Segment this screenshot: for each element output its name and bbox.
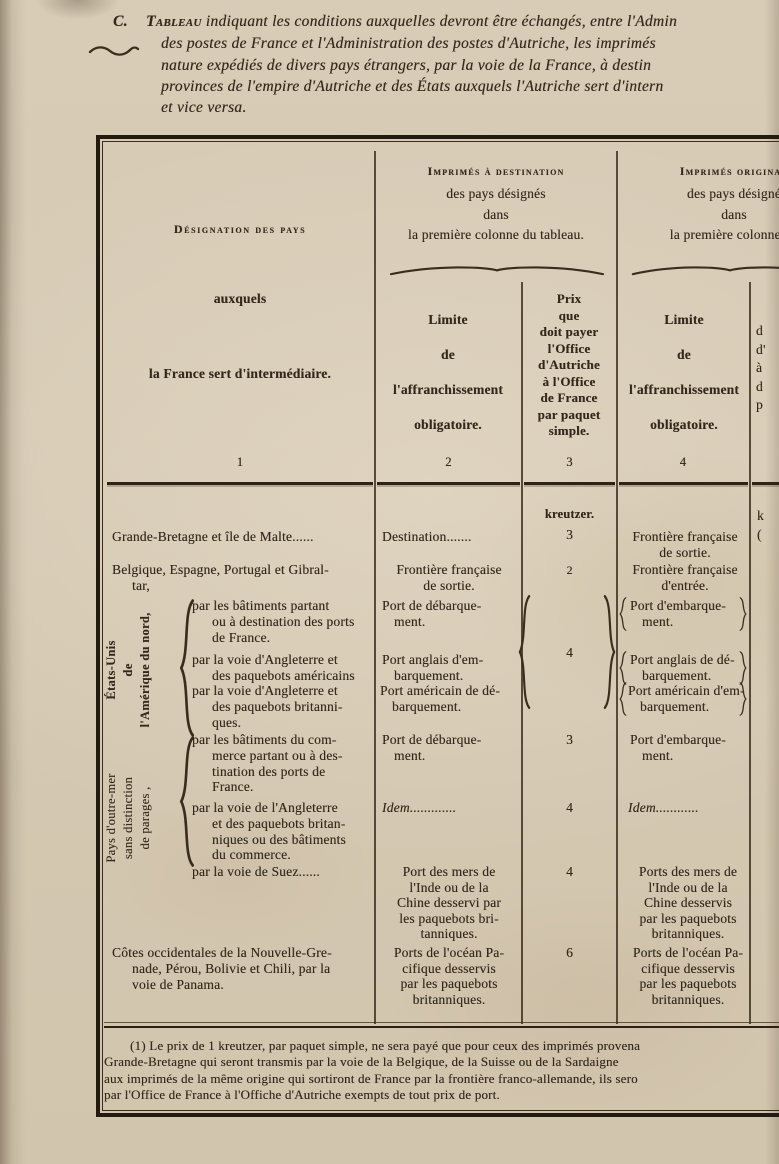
col-number-3: 3	[523, 455, 616, 471]
header-rule-col3	[524, 482, 615, 485]
row-gb-col5-fragments: k (	[757, 506, 764, 544]
group-destination-brace-icon	[388, 263, 606, 276]
title-line-3: nature expédiés de divers pays étrangers…	[161, 57, 651, 75]
group-us-price: 4	[522, 645, 617, 661]
row-om-a-col2: Port de débarque- ment.	[382, 732, 526, 764]
group-originaires-brace-icon	[630, 263, 779, 276]
row-cotes-col1: Côtes occidentales de la Nouvelle-Gre- n…	[112, 945, 398, 992]
col3-subheader: Prix que doit payer l'Office d'Autriche …	[523, 291, 615, 440]
row-us-c-brace-right-icon	[739, 682, 747, 716]
scanned-document-page: C. Tableau indiquant les conditions auxq…	[0, 0, 779, 1164]
row-suez-col4: Ports des mers de l'Inde ou de la Chine …	[626, 864, 750, 942]
title-line-2: des postes de France et l'Administration…	[161, 35, 656, 53]
row-om-a-col1: par les bâtiments du com- merce partant …	[192, 732, 394, 795]
col1-subheader-line2: la France sert d'intermédiaire.	[105, 366, 375, 382]
row-om-b-col1: par la voie de l'Angleterre et des paque…	[192, 800, 394, 863]
row-belgique-col1: Belgique, Espagne, Portugal et Gibral- t…	[112, 562, 394, 594]
row-om-b-col4: Idem............	[628, 800, 750, 816]
col5-subheader-fragments: d d' à d p	[756, 322, 766, 415]
unit-label: kreutzer.	[522, 507, 617, 523]
group-outremer-label: Pays d'outre-mer sans distinction de par…	[103, 733, 165, 903]
section-index-letter: C.	[113, 13, 128, 31]
column-divider-3	[616, 151, 618, 1024]
row-us-a-col2: Port de débarque- ment.	[382, 598, 526, 630]
row-suez-price: 4	[522, 864, 617, 880]
col-number-2: 2	[376, 455, 521, 471]
row-us-a-brace-left-icon	[619, 597, 627, 631]
title-line-1: indiquant les conditions auxquelles devr…	[206, 13, 677, 30]
row-us-c-col2: Port américain de dé- barquement.	[380, 683, 534, 715]
row-us-a-brace-right-icon	[739, 597, 747, 631]
group-destination-subtitle: des pays désignés dans la première colon…	[380, 184, 612, 246]
row-belgique-price: 2	[522, 563, 617, 578]
row-cotes-col2: Ports de l'océan Pa- cifique desservis p…	[384, 945, 514, 1007]
row-us-b-brace-right-icon	[739, 651, 747, 685]
header-rule-col4	[619, 482, 748, 485]
row-us-c-brace-left-icon	[619, 682, 627, 716]
row-om-a-price: 3	[522, 732, 617, 748]
group-us-label-wrap: États-Unis de l'Amérique du nord,	[103, 597, 165, 743]
group-outremer-label-wrap: Pays d'outre-mer sans distinction de par…	[103, 733, 165, 903]
col4-subheader: Limite de l'affranchissement obligatoire…	[620, 302, 748, 442]
row-belgique-col2: Frontière française de sortie.	[380, 562, 518, 594]
title-line-4: provinces de l'empire d'Autriche et des …	[161, 78, 663, 96]
group-us-label: États-Unis de l'Amérique du nord,	[103, 597, 165, 743]
col2-subheader: Limite de l'affranchissement obligatoire…	[378, 302, 518, 442]
row-gb-col1: Grande-Bretagne et île de Malte......	[112, 529, 394, 545]
title-line-5: et vice versa.	[161, 99, 247, 117]
row-us-a-col1: par les bâtiments partant ou à destinati…	[192, 598, 394, 645]
row-suez-col2: Port des mers de l'Inde ou de la Chine d…	[388, 864, 510, 942]
row-us-b-col1: par la voie d'Angleterre et des paquebot…	[192, 652, 394, 684]
col1-header: Désignation des pays	[105, 222, 375, 238]
row-om-a-col4: Port d'embarque- ment.	[630, 732, 756, 764]
row-om-b-price: 4	[522, 800, 617, 816]
title-lead-word: Tableau	[146, 13, 202, 30]
group-originaires-title: Imprimés originau	[628, 164, 779, 180]
col-number-1: 1	[105, 455, 375, 471]
header-rule-col1	[107, 482, 373, 485]
header-rule-col2	[377, 482, 520, 485]
col-number-4: 4	[618, 455, 748, 471]
row-suez-col1: par la voie de Suez......	[192, 864, 394, 880]
row-us-b-brace-left-icon	[619, 651, 627, 685]
footnote-separator-rule	[104, 1022, 779, 1028]
row-gb-col2: Destination.......	[382, 529, 518, 545]
underline-flourish-icon	[88, 44, 140, 56]
col1-subheader-line1: auxquels	[105, 291, 375, 307]
row-belgique-col4: Frontière française d'entrée.	[624, 562, 746, 594]
row-us-b-col2: Port anglais d'em- barquement.	[382, 652, 526, 684]
group-originaires-subtitle: des pays désigné dans la première colonn…	[628, 184, 779, 246]
row-gb-col4: Frontière française de sortie.	[624, 529, 746, 561]
row-cotes-col4: Ports de l'océan Pa- cifique desservis p…	[626, 945, 750, 1007]
group-destination-title: Imprimés à destination	[380, 164, 612, 180]
row-om-b-col2: Idem.............	[382, 800, 524, 816]
page-title: Tableau indiquant les conditions auxquel…	[146, 13, 677, 31]
row-gb-price: 3	[522, 527, 617, 543]
row-cotes-price: 6	[522, 945, 617, 961]
row-us-c-col1: par la voie d'Angleterre et des paquebot…	[192, 683, 394, 730]
header-rule-col5	[752, 482, 779, 485]
footnote: (1) Le prix de 1 kreutzer, par paquet si…	[104, 1038, 779, 1103]
row-us-a-col4: Port d'embarque- ment.	[630, 598, 756, 630]
